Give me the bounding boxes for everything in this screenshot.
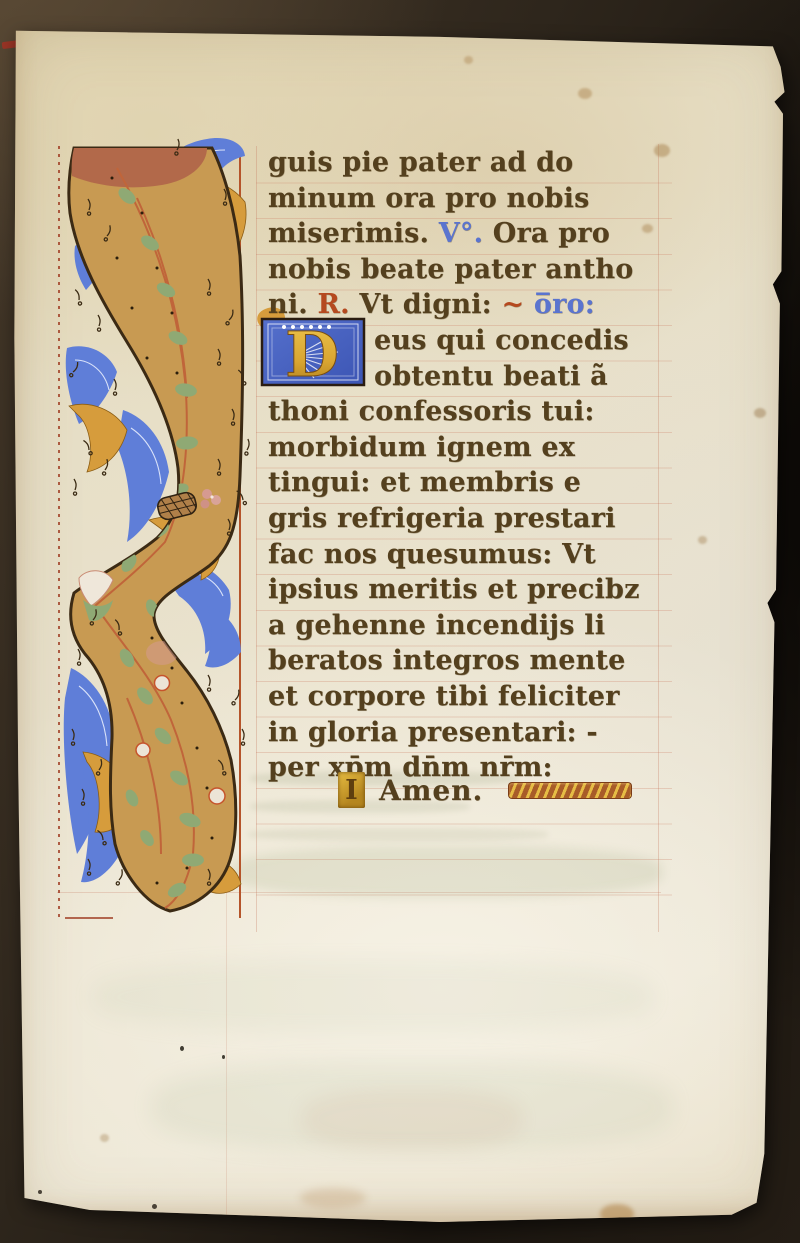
text-line: ipsius meritis et precibz bbox=[268, 572, 672, 608]
text-line: et corpore tibi feliciter bbox=[268, 679, 672, 715]
text-line: minum ora pro nobis bbox=[268, 181, 672, 217]
text-segment: ni. bbox=[268, 289, 318, 320]
ghost-blob bbox=[302, 1088, 522, 1150]
latin-text-block: guis pie pater ad do minum ora pro nobis… bbox=[268, 145, 672, 786]
text-segment: beratos integros mente bbox=[268, 645, 626, 676]
stain bbox=[698, 536, 707, 544]
ghost-blob bbox=[92, 961, 652, 1033]
text-line: beratos integros mente bbox=[268, 643, 672, 679]
text-segment: fac nos quesumus: Vt bbox=[268, 539, 596, 570]
text-line: morbidum ignem ex bbox=[268, 430, 672, 466]
text-line: obtentu beati ã bbox=[268, 359, 672, 395]
rubric-oratio: o̅ro: bbox=[524, 289, 595, 320]
text-line: fac nos quesumus: Vt bbox=[268, 537, 672, 573]
speck bbox=[222, 1055, 225, 1059]
text-segment: miserimis. bbox=[268, 218, 439, 249]
stain bbox=[300, 1188, 366, 1208]
ghost-blob bbox=[152, 1061, 672, 1153]
text-frame-left-line bbox=[256, 146, 257, 932]
speck bbox=[180, 1046, 184, 1051]
amen-line: I Amen. bbox=[268, 770, 672, 810]
gold-line-filler bbox=[509, 783, 631, 798]
text-line: tingui: et membris e bbox=[268, 465, 672, 501]
text-line: eus qui concedis bbox=[268, 323, 672, 359]
versicle-mark: V°. bbox=[439, 218, 483, 249]
stain bbox=[100, 1134, 109, 1142]
speck bbox=[38, 1190, 42, 1194]
text-line: a gehenne incendijs li bbox=[268, 608, 672, 644]
leaf-wrapper: D guis pie pater ad do minum ora pro nob… bbox=[12, 26, 790, 1228]
text-line: nobis beate pater antho bbox=[268, 252, 672, 288]
manuscript-leaf: D guis pie pater ad do minum ora pro nob… bbox=[12, 26, 790, 1228]
text-segment: in gloria presentari: - bbox=[268, 717, 598, 748]
stain bbox=[464, 56, 473, 64]
text-segment: ipsius meritis et precibz bbox=[268, 574, 640, 605]
text-segment: nobis beate pater antho bbox=[268, 254, 633, 285]
text-segment: Vt digni: bbox=[350, 289, 502, 320]
speck bbox=[152, 1204, 157, 1209]
lower-frame-vertical-line bbox=[226, 890, 227, 1220]
text-segment: guis pie pater ad do bbox=[268, 147, 573, 178]
text-segment: thoni confessoris tui: bbox=[268, 396, 595, 427]
text-line: thoni confessoris tui: bbox=[268, 394, 672, 430]
text-line: guis pie pater ad do bbox=[268, 145, 672, 181]
dark-background: D guis pie pater ad do minum ora pro nob… bbox=[0, 0, 800, 1243]
stain bbox=[578, 88, 592, 99]
gold-initial-block: I bbox=[338, 772, 365, 808]
text-segment: minum ora pro nobis bbox=[268, 183, 589, 214]
text-segment: morbidum ignem ex bbox=[268, 432, 575, 463]
text-line: in gloria presentari: - bbox=[268, 715, 672, 751]
manuscript-photo-page: { "photo": { "description": "Photograph … bbox=[0, 0, 800, 1243]
text-segment: eus qui concedis bbox=[374, 325, 629, 356]
text-line: gris refrigeria prestari bbox=[268, 501, 672, 537]
text-segment: et corpore tibi feliciter bbox=[268, 681, 620, 712]
text-line: miserimis. V°. Ora pro bbox=[268, 216, 672, 252]
text-line: ni. R. Vt digni: ~ o̅ro: bbox=[268, 287, 672, 323]
stain bbox=[600, 1204, 634, 1224]
red-flourish: ~ bbox=[501, 289, 524, 320]
response-mark: R. bbox=[318, 289, 350, 320]
illuminated-border-panel bbox=[57, 138, 252, 928]
text-segment: a gehenne incendijs li bbox=[268, 610, 605, 641]
text-segment: gris refrigeria prestari bbox=[268, 503, 616, 534]
text-segment: obtentu beati ã bbox=[374, 361, 608, 392]
stain bbox=[754, 408, 766, 418]
text-segment: tingui: et membris e bbox=[268, 467, 581, 498]
amen-word: Amen. bbox=[379, 774, 483, 807]
text-segment: Ora pro bbox=[483, 218, 610, 249]
